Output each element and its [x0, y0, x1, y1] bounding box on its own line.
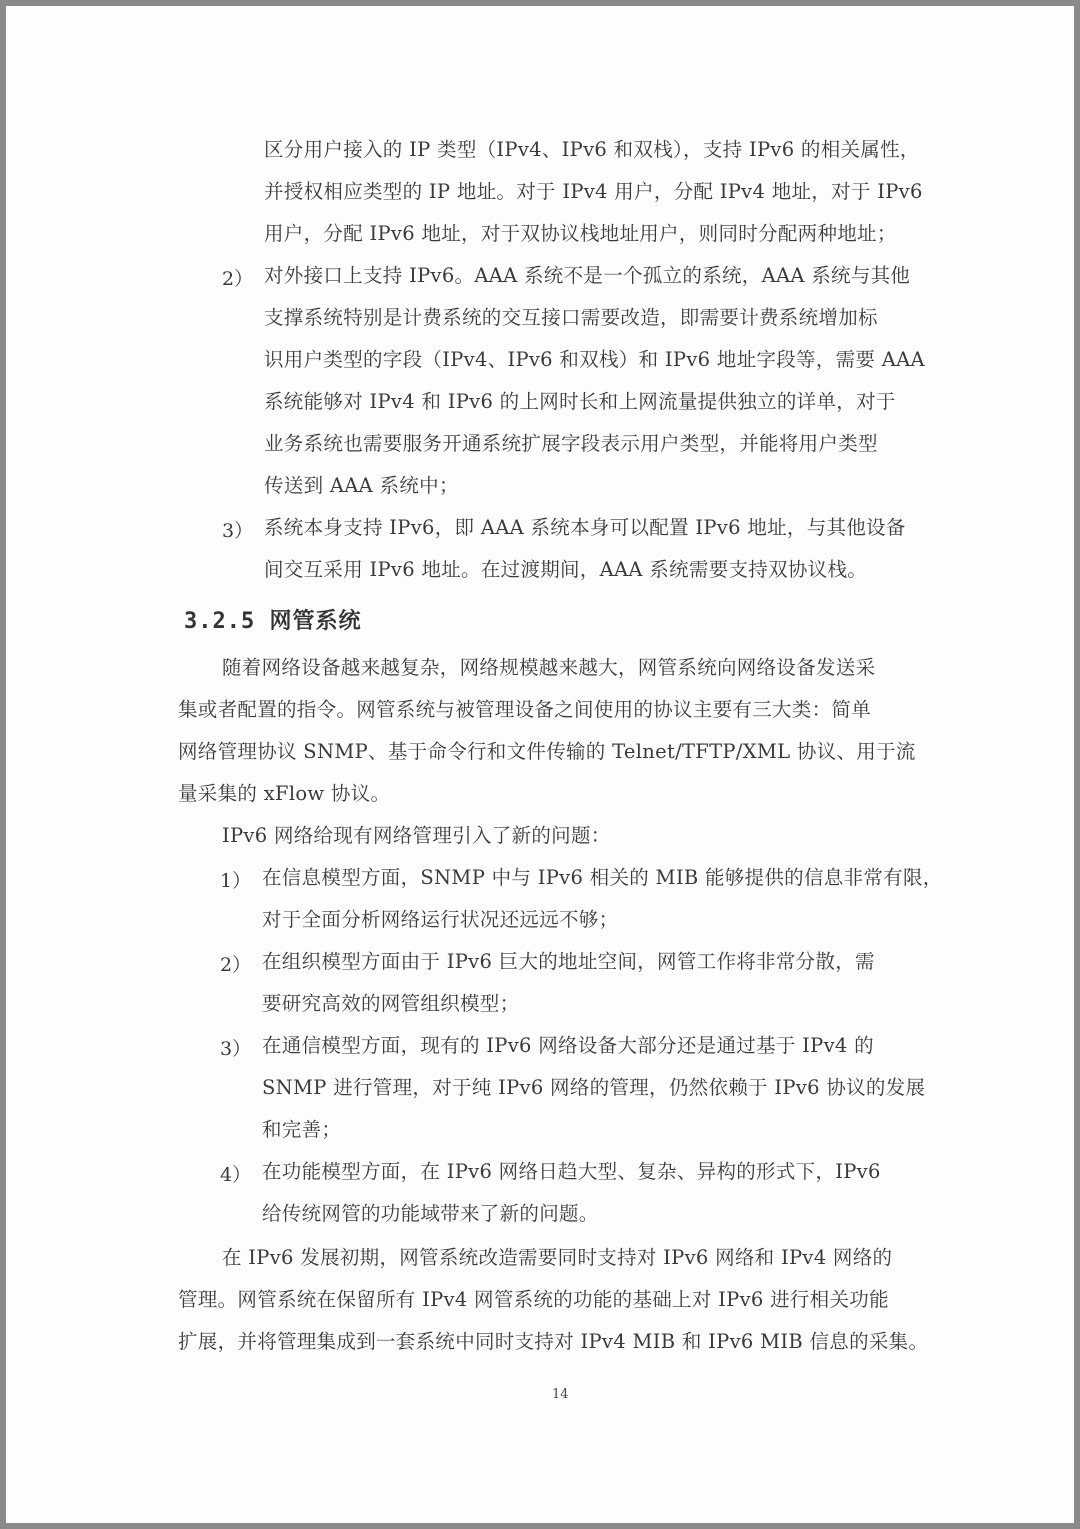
text-line: 在信息模型方面，SNMP 中与 IPv6 相关的 MIB 能够提供的信息非常有限… [262, 866, 943, 890]
text-line: 对于全面分析网络运行状况还远远不够； [262, 908, 618, 932]
page-number: 14 [552, 1387, 569, 1402]
text-line: 识用户类型的字段（IPv4、IPv6 和双栈）和 IPv6 地址字段等，需要 A… [264, 348, 925, 372]
text-line: 扩展，并将管理集成到一套系统中同时支持对 IPv4 MIB 和 IPv6 MIB… [178, 1330, 928, 1354]
text-line: 量采集的 xFlow 协议。 [178, 782, 390, 806]
section-heading: 3.2.5 网管系统 [184, 604, 362, 635]
section-number: 3.2.5 [184, 609, 255, 634]
text-line: 在通信模型方面，现有的 IPv6 网络设备大部分还是通过基于 IPv4 的 [262, 1034, 874, 1058]
text-line: 支撑系统特别是计费系统的交互接口需要改造，即需要计费系统增加标 [264, 306, 878, 330]
text-line: 系统本身支持 IPv6，即 AAA 系统本身可以配置 IPv6 地址，与其他设备 [264, 516, 906, 540]
text-line: 用户，分配 IPv6 地址，对于双协议栈地址用户，则同时分配两种地址； [264, 222, 897, 246]
text-line: 给传统网管的功能域带来了新的问题。 [262, 1202, 599, 1226]
text-line: 间交互采用 IPv6 地址。在过渡期间，AAA 系统需要支持双协议栈。 [264, 558, 867, 582]
text-line: 区分用户接入的 IP 类型（IPv4、IPv6 和双栈），支持 IPv6 的相关… [264, 138, 920, 162]
text-line: 网络管理协议 SNMP、基于命令行和文件传输的 Telnet/TFTP/XML … [178, 740, 916, 764]
text-line: 系统能够对 IPv4 和 IPv6 的上网时长和上网流量提供独立的详单，对于 [264, 390, 896, 414]
text-line: 在功能模型方面，在 IPv6 网络日趋大型、复杂、异构的形式下，IPv6 [262, 1160, 881, 1184]
text-line: 和完善； [262, 1118, 341, 1142]
text-line: SNMP 进行管理，对于纯 IPv6 网络的管理，仍然依赖于 IPv6 协议的发… [262, 1076, 925, 1100]
list-marker: 2） [220, 950, 251, 977]
text-line: 要研究高效的网管组织模型； [262, 992, 519, 1016]
text-line: 集或者配置的指令。网管系统与被管理设备之间使用的协议主要有三大类：简单 [178, 698, 871, 722]
text-line: 传送到 AAA 系统中； [264, 474, 459, 498]
text-line: 并授权相应类型的 IP 地址。对于 IPv4 用户，分配 IPv4 地址，对于 … [264, 180, 923, 204]
document-page: 区分用户接入的 IP 类型（IPv4、IPv6 和双栈），支持 IPv6 的相关… [6, 6, 1074, 1523]
paragraph: IPv6 网络给现有网络管理引入了新的问题： [222, 824, 611, 848]
text-line: 业务系统也需要服务开通系统扩展字段表示用户类型，并能将用户类型 [264, 432, 878, 456]
text-line: 随着网络设备越来越复杂，网络规模越来越大，网管系统向网络设备发送采 [222, 656, 875, 680]
list-marker: 3） [220, 1034, 251, 1061]
list-marker: 3） [222, 516, 253, 543]
list-marker: 1） [220, 866, 251, 893]
text-line: 对外接口上支持 IPv6。AAA 系统不是一个孤立的系统，AAA 系统与其他 [264, 264, 910, 288]
text-line: 在 IPv6 发展初期，网管系统改造需要同时支持对 IPv6 网络和 IPv4 … [222, 1246, 892, 1270]
section-title: 网管系统 [269, 609, 361, 634]
list-marker: 2） [222, 264, 253, 291]
text-line: 管理。网管系统在保留所有 IPv4 网管系统的功能的基础上对 IPv6 进行相关… [178, 1288, 889, 1312]
list-marker: 4） [220, 1160, 251, 1187]
text-line: 在组织模型方面由于 IPv6 巨大的地址空间，网管工作将非常分散，需 [262, 950, 875, 974]
